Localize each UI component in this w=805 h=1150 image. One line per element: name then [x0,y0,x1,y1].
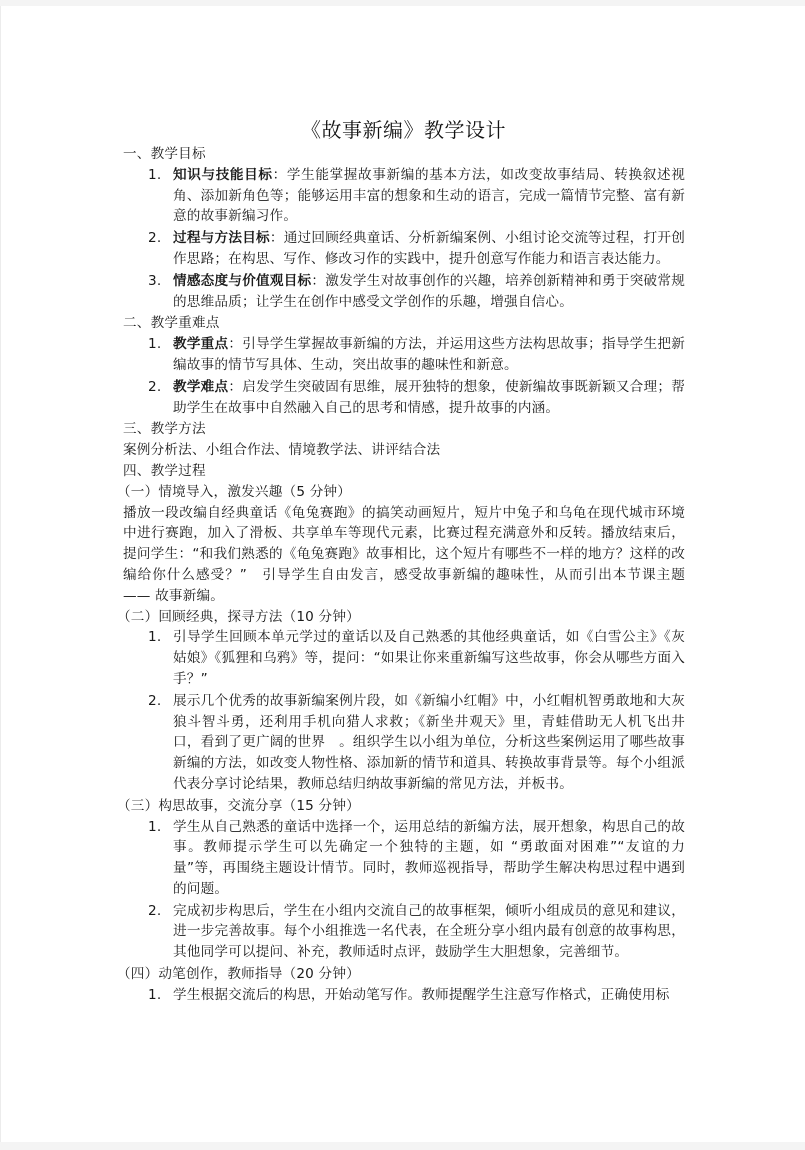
item-separator: ： [311,273,325,289]
item-text: 学生从自己熟悉的童话中选择一个，运用总结的新编方法，展开想象，构思自己的故事。教… [173,819,685,897]
list-item: 1.引导学生回顾本单元学过的童话以及自己熟悉的其他经典童话，如《白雪公主》《灰姑… [123,627,685,689]
writing-list: 1.学生根据交流后的构思，开始动笔写作。教师提醒学生注意写作格式，正确使用标 [123,985,685,1006]
list-item: 1.知识与技能目标：学生能掌握故事新编的基本方法，如改变故事结局、转换叙述视角、… [123,165,685,227]
list-item: 1.学生从自己熟悉的童话中选择一个，运用总结的新编方法，展开想象，构思自己的故事… [123,817,685,900]
section-heading-key-points: 二、教学重难点 [123,313,685,334]
item-text: 学生根据交流后的构思，开始动笔写作。教师提醒学生注意写作格式，正确使用标 [173,987,670,1003]
step-intro-text: 播放一段改编自经典童话《龟兔赛跑》的搞笑动画短片，短片中兔子和乌龟在现代城市环境… [123,503,685,607]
step-heading-intro: （一）情境导入，激发兴趣（5 分钟） [123,482,685,503]
list-number: 2. [148,691,161,712]
list-number: 1. [148,627,161,648]
list-item: 2.展示几个优秀的故事新编案例片段，如《新编小红帽》中，小红帽机智勇敢地和大灰狼… [123,691,685,795]
list-item: 2.教学难点：启发学生突破固有思维，展开独特的想象，使新编故事既新颖又合理；帮助… [123,377,685,419]
list-item: 3.情感态度与价值观目标：激发学生对故事创作的兴趣，培养创新精神和勇于突破常规的… [123,271,685,313]
conceive-list: 1.学生从自己熟悉的童话中选择一个，运用总结的新编方法，展开想象，构思自己的故事… [123,817,685,964]
step-heading-review: （二）回顾经典，探寻方法（10 分钟） [123,607,685,628]
list-item: 1.教学重点：引导学生掌握故事新编的方法，并运用这些方法构思故事；指导学生把新编… [123,334,685,376]
document-page: 《故事新编》教学设计 一、教学目标 1.知识与技能目标：学生能掌握故事新编的基本… [0,6,805,1142]
step-heading-conceive: （三）构思故事，交流分享（15 分钟） [123,796,685,817]
item-text: 启发学生突破固有思维，展开独特的想象，使新编故事既新颖又合理；帮助学生在故事中自… [173,379,685,416]
item-label: 情感态度与价值观目标 [173,273,311,289]
list-number: 1. [148,817,161,838]
item-label: 知识与技能目标 [173,167,273,183]
list-number: 2. [148,377,161,398]
item-text: 完成初步构思后，学生在小组内交流自己的故事框架，倾听小组成员的意见和建议，进一步… [173,903,685,961]
list-number: 2. [148,228,161,249]
document-body: 一、教学目标 1.知识与技能目标：学生能掌握故事新编的基本方法，如改变故事结局、… [123,114,685,1007]
objectives-list: 1.知识与技能目标：学生能掌握故事新编的基本方法，如改变故事结局、转换叙述视角、… [123,165,685,313]
list-number: 3. [148,271,161,292]
list-number: 2. [148,901,161,922]
list-item: 1.学生根据交流后的构思，开始动笔写作。教师提醒学生注意写作格式，正确使用标 [123,985,685,1006]
item-label: 教学重点 [173,336,228,352]
item-label: 教学难点 [173,379,228,395]
item-separator: ： [228,379,242,395]
item-text: 引导学生回顾本单元学过的童话以及自己熟悉的其他经典童话，如《白雪公主》《灰姑娘》… [173,629,685,687]
methods-text: 案例分析法、小组合作法、情境教学法、讲评结合法 [123,440,685,461]
item-separator: ： [273,167,287,183]
item-separator: ： [228,336,242,352]
item-separator: ： [270,230,284,246]
review-list: 1.引导学生回顾本单元学过的童话以及自己熟悉的其他经典童话，如《白雪公主》《灰姑… [123,627,685,794]
list-number: 1. [148,985,161,1006]
list-number: 1. [148,165,161,186]
key-points-list: 1.教学重点：引导学生掌握故事新编的方法，并运用这些方法构思故事；指导学生把新编… [123,334,685,418]
section-heading-objectives: 一、教学目标 [123,144,685,165]
list-item: 2.完成初步构思后，学生在小组内交流自己的故事框架，倾听小组成员的意见和建议，进… [123,901,685,963]
section-heading-process: 四、教学过程 [123,461,685,482]
list-item: 2.过程与方法目标：通过回顾经典童话、分析新编案例、小组讨论交流等过程，打开创作… [123,228,685,270]
step-heading-writing: （四）动笔创作，教师指导（20 分钟） [123,964,685,985]
item-label: 过程与方法目标 [173,230,270,246]
list-number: 1. [148,334,161,355]
item-text: 展示几个优秀的故事新编案例片段，如《新编小红帽》中，小红帽机智勇敢地和大灰狼斗智… [173,693,685,792]
item-text: 引导学生掌握故事新编的方法，并运用这些方法构思故事；指导学生把新编故事的情节写具… [173,336,685,373]
section-heading-methods: 三、教学方法 [123,419,685,440]
